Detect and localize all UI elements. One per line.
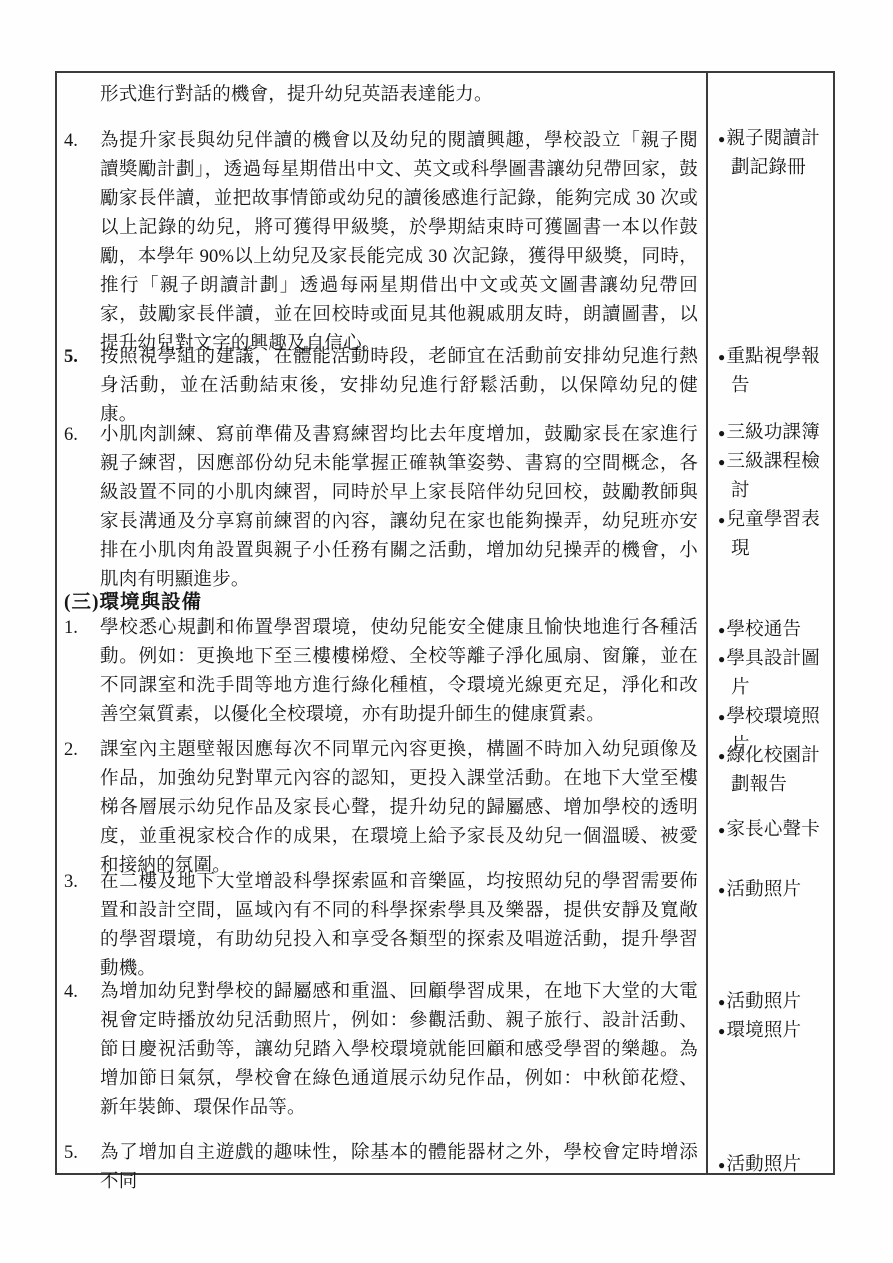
- table-row: (三)環境與設備: [57, 584, 833, 614]
- content-cell: 4. 為增加幼兒對學校的歸屬感和重溫、回顧學習成果，在地下大堂的大電視會定時播放…: [57, 976, 706, 1137]
- evidence-bullet-item: ●親子閱讀計劃記錄冊: [718, 125, 829, 183]
- evidence-cell: [706, 584, 833, 614]
- bullet-icon: ●: [718, 623, 725, 637]
- item-number: 3.: [64, 868, 100, 897]
- content-cell: 3. 在二樓及地下大堂增設科學探索區和音樂區，均按照幼兒的學習需要佈置和設計空間…: [57, 864, 706, 976]
- item-number: 5.: [64, 343, 100, 372]
- evidence-bullet-item: ●活動照片: [718, 876, 829, 905]
- evidence-label: 活動照片: [726, 1155, 801, 1175]
- table-row: 3. 在二樓及地下大堂增設科學探索區和音樂區，均按照幼兒的學習需要佈置和設計空間…: [57, 864, 833, 976]
- item-number: 5.: [64, 1139, 100, 1168]
- evidence-cell: ●重點視學報告: [706, 339, 833, 417]
- evidence-label: 三級課程檢討: [726, 452, 820, 501]
- item-text: 小肌肉訓練、寫前準備及書寫練習均比去年度增加，鼓勵家長在家進行親子練習，因應部份…: [100, 421, 698, 595]
- table-row: 1. 學校悉心規劃和佈置學習環境，使幼兒能安全健康且愉快地進行各種活動。例如：更…: [57, 614, 833, 732]
- evidence-label: 三級功課簿: [726, 423, 820, 443]
- item-number: 2.: [64, 736, 100, 765]
- bullet-icon: ●: [718, 995, 725, 1009]
- bullet-icon: ●: [718, 883, 725, 897]
- evidence-cell: ●活動照片 ●環境照片: [706, 976, 833, 1137]
- content-cell: 5. 按照視學組的建議，在體能活動時段，老師宜在活動前安排幼兒進行熱身活動，並在…: [57, 339, 706, 417]
- evidence-label: 兒童學習表現: [726, 510, 820, 559]
- content-cell: 6. 小肌肉訓練、寫前準備及書寫練習均比去年度增加，鼓勵家長在家進行親子練習，因…: [57, 417, 706, 584]
- evidence-bullet-item: ●三級功課簿: [718, 419, 829, 448]
- item-number: 4.: [64, 978, 100, 1007]
- item-text: 為提升家長與幼兒伴讀的機會以及幼兒的閱讀興趣，學校設立「親子閱讀獎勵計劃」，透過…: [100, 127, 698, 359]
- evidence-cell: ●親子閱讀計劃記錄冊: [706, 123, 833, 339]
- item-text: 形式進行對話的機會，提升幼兒英語表達能力。: [100, 81, 698, 110]
- item-text: 為了增加自主遊戲的趣味性，除基本的體能器材之外，學校會定時增添不同: [100, 1139, 698, 1197]
- evidence-label: 活動照片: [726, 992, 801, 1012]
- bullet-icon: ●: [718, 1158, 725, 1172]
- content-cell: 形式進行對話的機會，提升幼兒英語表達能力。: [57, 73, 706, 123]
- section-heading: (三)環境與設備: [64, 590, 202, 616]
- scanned-report-page: 形式進行對話的機會，提升幼兒英語表達能力。 4. 為提升家長與幼兒伴讀的機會以及…: [0, 0, 893, 1263]
- bullet-icon: ●: [718, 426, 725, 440]
- evidence-bullet-item: ●兒童學習表現: [718, 506, 829, 564]
- item-text: 學校悉心規劃和佈置學習環境，使幼兒能安全健康且愉快地進行各種活動。例如：更換地下…: [100, 614, 698, 730]
- evidence-cell: ●活動照片: [706, 864, 833, 976]
- table-row: 4. 為增加幼兒對學校的歸屬感和重溫、回顧學習成果，在地下大堂的大電視會定時播放…: [57, 976, 833, 1137]
- bullet-icon: ●: [718, 132, 725, 146]
- table-row: 5. 為了增加自主遊戲的趣味性，除基本的體能器材之外，學校會定時增添不同 ●活動…: [57, 1137, 833, 1173]
- evidence-cell: ●活動照片: [706, 1137, 833, 1173]
- table-row: 4. 為提升家長與幼兒伴讀的機會以及幼兒的閱讀興趣，學校設立「親子閱讀獎勵計劃」…: [57, 123, 833, 339]
- evidence-bullet-item: ●重點視學報告: [718, 343, 829, 401]
- evidence-bullet-item: ●綠化校園計劃報告: [718, 742, 829, 800]
- evidence-label: 親子閱讀計劃記錄冊: [726, 129, 820, 178]
- evidence-cell: ●綠化校園計劃報告 ●家長心聲卡: [706, 732, 833, 864]
- evidence-label: 活動照片: [726, 880, 801, 900]
- table-row: 5. 按照視學組的建議，在體能活動時段，老師宜在活動前安排幼兒進行熱身活動，並在…: [57, 339, 833, 417]
- item-text: 在二樓及地下大堂增設科學探索區和音樂區，均按照幼兒的學習需要佈置和設計空間，區域…: [100, 868, 698, 984]
- evidence-bullet-item: ●環境照片: [718, 1017, 829, 1046]
- content-cell: 5. 為了增加自主遊戲的趣味性，除基本的體能器材之外，學校會定時增添不同: [57, 1137, 706, 1173]
- item-number: 4.: [64, 127, 100, 156]
- evidence-bullet-item: ●家長心聲卡: [718, 816, 829, 845]
- bullet-icon: ●: [718, 455, 725, 469]
- table-row: 2. 課室內主題壁報因應每次不同單元內容更換，構圖不時加入幼兒頭像及作品，加強幼…: [57, 732, 833, 864]
- evidence-cell: ●三級功課簿 ●三級課程檢討 ●兒童學習表現: [706, 417, 833, 584]
- evidence-bullet-item: ●活動照片: [718, 988, 829, 1017]
- bullet-icon: ●: [718, 749, 725, 763]
- bullet-icon: ●: [718, 1024, 725, 1038]
- evidence-cell: ●學校通告 ●學具設計圖片 ●學校環境照片: [706, 614, 833, 732]
- content-cell: 1. 學校悉心規劃和佈置學習環境，使幼兒能安全健康且愉快地進行各種活動。例如：更…: [57, 614, 706, 732]
- bullet-icon: ●: [718, 823, 725, 837]
- item-number: 6.: [64, 421, 100, 450]
- report-table: 形式進行對話的機會，提升幼兒英語表達能力。 4. 為提升家長與幼兒伴讀的機會以及…: [55, 71, 835, 1175]
- content-cell: 4. 為提升家長與幼兒伴讀的機會以及幼兒的閱讀興趣，學校設立「親子閱讀獎勵計劃」…: [57, 123, 706, 339]
- item-text: 為增加幼兒對學校的歸屬感和重溫、回顧學習成果，在地下大堂的大電視會定時播放幼兒活…: [100, 978, 698, 1123]
- evidence-cell: [706, 73, 833, 123]
- item-number: 1.: [64, 614, 100, 643]
- bullet-icon: ●: [718, 350, 725, 364]
- evidence-label: 學校通告: [726, 620, 801, 640]
- content-cell: (三)環境與設備: [57, 584, 706, 614]
- evidence-label: 家長心聲卡: [726, 820, 820, 840]
- content-cell: 2. 課室內主題壁報因應每次不同單元內容更換，構圖不時加入幼兒頭像及作品，加強幼…: [57, 732, 706, 864]
- evidence-bullet-item: ●學校通告: [718, 616, 829, 645]
- table-row: 6. 小肌肉訓練、寫前準備及書寫練習均比去年度增加，鼓勵家長在家進行親子練習，因…: [57, 417, 833, 584]
- evidence-label: 學具設計圖片: [726, 649, 820, 698]
- evidence-bullet-item: ●三級課程檢討: [718, 448, 829, 506]
- evidence-label: 重點視學報告: [726, 347, 820, 396]
- bullet-icon: ●: [718, 710, 725, 724]
- bullet-icon: ●: [718, 513, 725, 527]
- evidence-bullet-item: ●學具設計圖片: [718, 645, 829, 703]
- evidence-bullet-item: ●活動照片: [718, 1151, 829, 1180]
- table-row: 形式進行對話的機會，提升幼兒英語表達能力。: [57, 73, 833, 123]
- bullet-icon: ●: [718, 652, 725, 666]
- item-text: 課室內主題壁報因應每次不同單元內容更換，構圖不時加入幼兒頭像及作品，加強幼兒對單…: [100, 736, 698, 881]
- evidence-label: 綠化校園計劃報告: [726, 746, 820, 795]
- evidence-label: 環境照片: [726, 1021, 801, 1041]
